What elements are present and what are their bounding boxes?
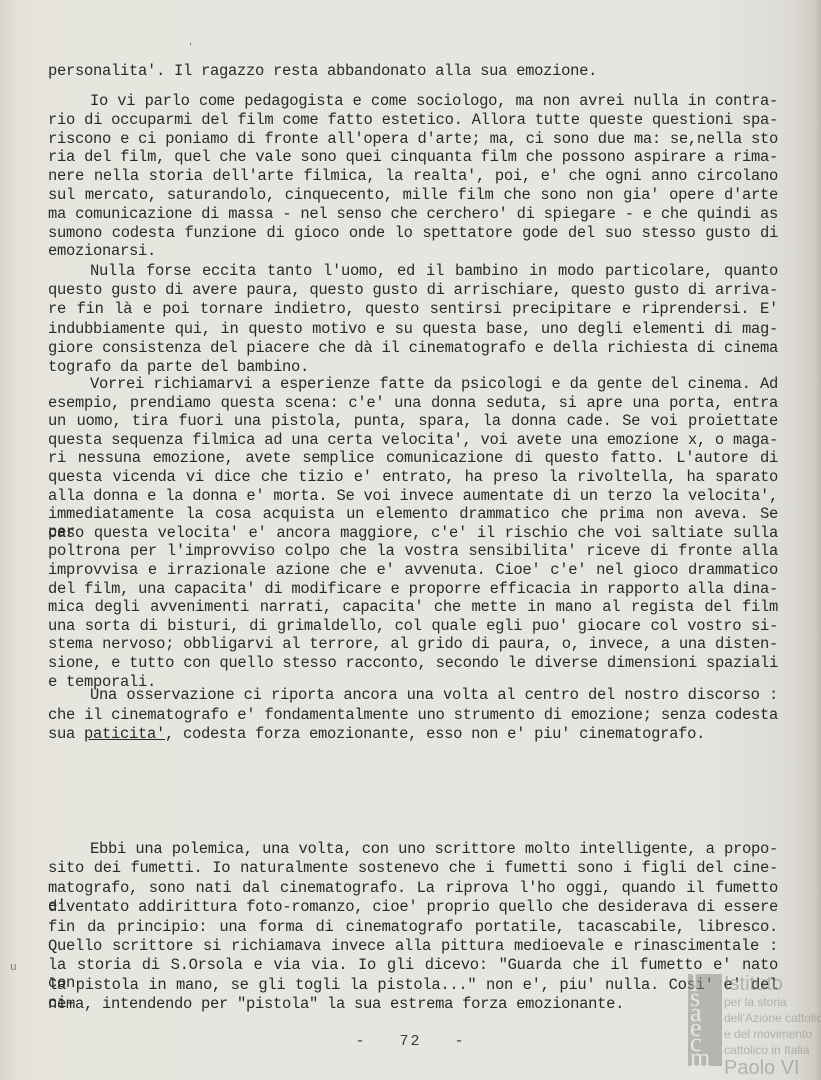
text-line: Io vi parlo come pedagogista e come soci… bbox=[90, 92, 778, 110]
watermark-text-line: per la storia bbox=[724, 994, 821, 1010]
text-line: Nulla forse eccita tanto l'uomo, ed il b… bbox=[90, 262, 778, 280]
text-line: nema, intendendo per "pistola" la sua es… bbox=[48, 995, 778, 1013]
text-line: stema nervoso; obbligarvi al terrore, al… bbox=[48, 635, 778, 653]
text-line: alla donna e la donna e' morta. Se voi i… bbox=[48, 487, 778, 505]
watermark-text-line: dell'Azione cattolica bbox=[724, 1010, 821, 1026]
text-line: Ebbi una polemica, una volta, con uno sc… bbox=[90, 840, 778, 858]
text-line: sua paticita', codesta forza emozionante… bbox=[48, 725, 778, 743]
text-line: questa vicenda vi dice che tizio e' entr… bbox=[48, 468, 778, 486]
watermark-institute-name: Istitutoper la storiadell'Azione cattoli… bbox=[724, 974, 821, 1078]
text-line: nere nella storia dell'arte filmica, la … bbox=[48, 167, 778, 185]
scanned-page: personalita'. Il ragazzo resta abbandona… bbox=[0, 0, 821, 1080]
text-line: indubbiamente qui, in questo motivo e su… bbox=[48, 320, 778, 338]
text-line: sul mercato, saturandolo, cinquecento, m… bbox=[48, 186, 778, 204]
text-line: sito dei fumetti. Io naturalmente sosten… bbox=[48, 859, 778, 877]
text-line: improvvisa e irrazionale azione che e' a… bbox=[48, 561, 778, 579]
text-line: riscono e ci poniamo di fronte all'opera… bbox=[48, 130, 778, 148]
text-line: poltrona per l'improvviso colpo che la v… bbox=[48, 542, 778, 560]
watermark-logo-letters: Isaecm bbox=[690, 974, 720, 1064]
text-line: ma comunicazione di massa - nel senso ch… bbox=[48, 205, 778, 223]
text-line: Una osservazione ci riporta ancora una v… bbox=[90, 686, 778, 704]
text-line: giore consistenza del piacere che dà il … bbox=[48, 339, 778, 357]
text-line: ri nessuna emozione, avete semplice comu… bbox=[48, 449, 778, 467]
text-line: che il cinematografo e' fondamentalmente… bbox=[48, 706, 778, 724]
text-line: questa sequenza filmica ad una certa vel… bbox=[48, 431, 778, 449]
text-line: caso questa velocita' e' ancora maggiore… bbox=[48, 524, 778, 542]
page-number-value: 72 bbox=[399, 1033, 421, 1050]
page-number-dash-right: - bbox=[455, 1033, 466, 1050]
text-line: tografo da parte del bambino. bbox=[48, 358, 778, 376]
text-line: mica degli avvenimenti narrati, capacita… bbox=[48, 598, 778, 616]
text-line: Vorrei richiamarvi a esperienze fatte da… bbox=[90, 375, 778, 393]
watermark-text-line: Paolo VI bbox=[724, 1058, 821, 1078]
text-line: rio di occuparmi del film come fatto est… bbox=[48, 111, 778, 129]
text-line: fin da principio: una forma di cinematog… bbox=[48, 918, 778, 936]
text-line: un uomo, tira fuori una pistola, punta, … bbox=[48, 412, 778, 430]
text-line: sione, e tutto con quello stesso raccont… bbox=[48, 654, 778, 672]
text-line: questo gusto di avere paura, questo gust… bbox=[48, 281, 778, 299]
text-line: Quello scrittore si richiamava invece al… bbox=[48, 937, 778, 955]
text-line: ria del film, quel che vale sono quei ci… bbox=[48, 148, 778, 166]
watermark-text-line: e del movimento bbox=[724, 1026, 821, 1042]
text-line: diventato addirittura foto-romanzo, cioe… bbox=[48, 898, 778, 916]
text-line: sumono codesta funzione di gioco onde lo… bbox=[48, 224, 778, 242]
watermark-letter: m bbox=[690, 1049, 720, 1064]
text-line: personalita'. Il ragazzo resta abbandona… bbox=[48, 62, 778, 80]
text-line: re fin là e poi tornare indietro, questo… bbox=[48, 300, 778, 318]
isacem-watermark-logo: Isaecm Istitutoper la storiadell'Azione … bbox=[688, 974, 821, 1080]
watermark-text-line: Istituto bbox=[724, 974, 821, 994]
text-line: una sorta di bisturi, di grimaldello, co… bbox=[48, 617, 778, 635]
ink-speck: u bbox=[10, 962, 17, 974]
text-line: del film, una capacita' di modificare e … bbox=[48, 580, 778, 598]
watermark-text-line: cattolico in Italia bbox=[724, 1042, 821, 1058]
ink-speck: ' bbox=[188, 42, 193, 52]
underlined-word: paticita' bbox=[84, 725, 165, 743]
page-number-dash-left: - bbox=[355, 1033, 366, 1050]
text-line: emozionarsi. bbox=[48, 242, 778, 260]
text-line: esempio, prendiamo questa scena: c'e' un… bbox=[48, 394, 778, 412]
